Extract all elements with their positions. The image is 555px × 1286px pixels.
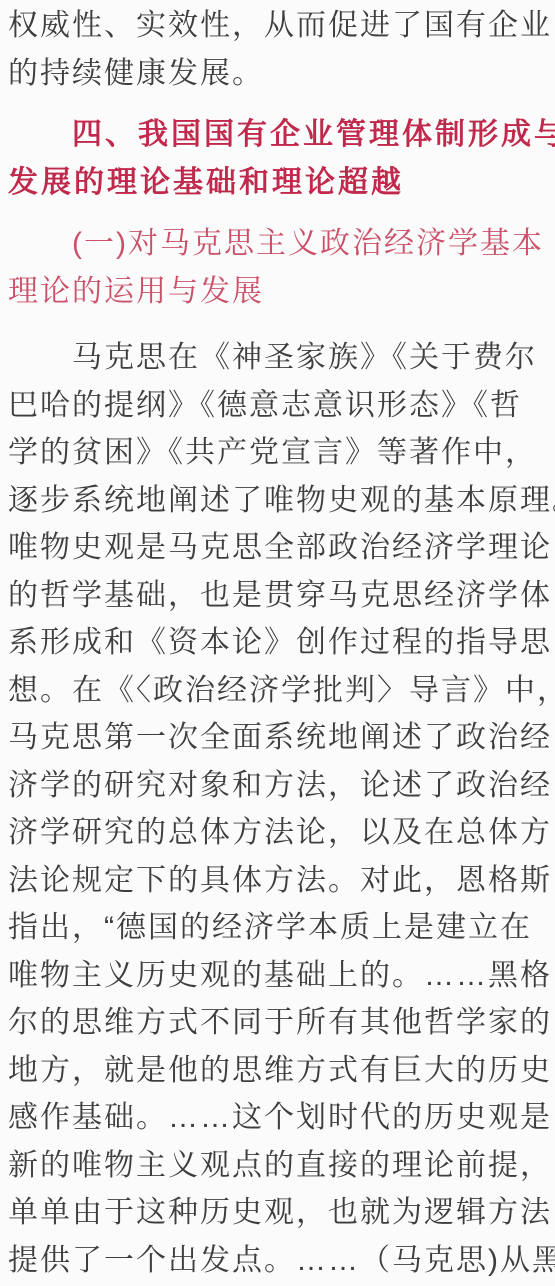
subsection-heading: (一)对马克思主义政治经济学基本 理论的运用与发展: [8, 220, 555, 315]
text-line: 济学研究的总体方法论，以及在总体方: [8, 809, 555, 857]
text-line: 济学的研究对象和方法，论述了政治经: [8, 762, 555, 810]
text-line: 的哲学基础，也是贯穿马克思经济学体: [8, 572, 555, 620]
text-line: 权威性、实效性，从而促进了国有企业: [8, 2, 555, 50]
text-line: 单单由于这种历史观，也就为逻辑方法: [8, 1189, 555, 1237]
text-line: 系形成和《资本论》创作过程的指导思: [8, 619, 555, 667]
text-line: 尔的思维方式不同于所有其他哲学家的: [8, 999, 555, 1047]
intro-paragraph: 权威性、实效性，从而促进了国有企业 的持续健康发展。: [8, 2, 555, 97]
text-line: 唯物史观是马克思全部政治经济学理论: [8, 524, 555, 572]
subsection-heading-line: (一)对马克思主义政治经济学基本: [8, 220, 555, 268]
text-line: 马克思第一次全面系统地阐述了政治经: [8, 714, 555, 762]
text-line: 提供了一个出发点。……（马克思)从黑: [8, 1237, 555, 1285]
text-line: 想。在《〈政治经济学批判〉导言》中，: [8, 667, 555, 715]
text-line: 的持续健康发展。: [8, 50, 555, 98]
text-line: 巴哈的提纲》《德意志意识形态》《哲: [8, 382, 555, 430]
ebook-page: 权威性、实效性，从而促进了国有企业 的持续健康发展。 四、我国国有企业管理体制形…: [0, 0, 555, 1286]
text-line: 唯物主义历史观的基础上的。……黑格: [8, 952, 555, 1000]
text-line: 指出，“德国的经济学本质上是建立在: [8, 904, 555, 952]
text-line: 学的贫困》《共产党宣言》等著作中，: [8, 429, 555, 477]
text-line: 地方，就是他的思维方式有巨大的历史: [8, 1047, 555, 1095]
body-paragraph: 马克思在《神圣家族》《关于费尔 巴哈的提纲》《德意志意识形态》《哲 学的贫困》《…: [8, 334, 555, 1284]
text-line: 马克思在《神圣家族》《关于费尔: [8, 334, 555, 382]
text-line: 法论规定下的具体方法。对此，恩格斯: [8, 857, 555, 905]
text-line: 新的唯物主义观点的直接的理论前提，: [8, 1142, 555, 1190]
section-heading-line: 发展的理论基础和理论超越: [8, 159, 555, 207]
text-line: 逐步系统地阐述了唯物史观的基本原理。: [8, 477, 555, 525]
section-heading-line: 四、我国国有企业管理体制形成与: [8, 111, 555, 159]
section-heading: 四、我国国有企业管理体制形成与 发展的理论基础和理论超越: [8, 111, 555, 206]
subsection-heading-line: 理论的运用与发展: [8, 268, 555, 316]
text-line: 感作基础。……这个划时代的历史观是: [8, 1094, 555, 1142]
